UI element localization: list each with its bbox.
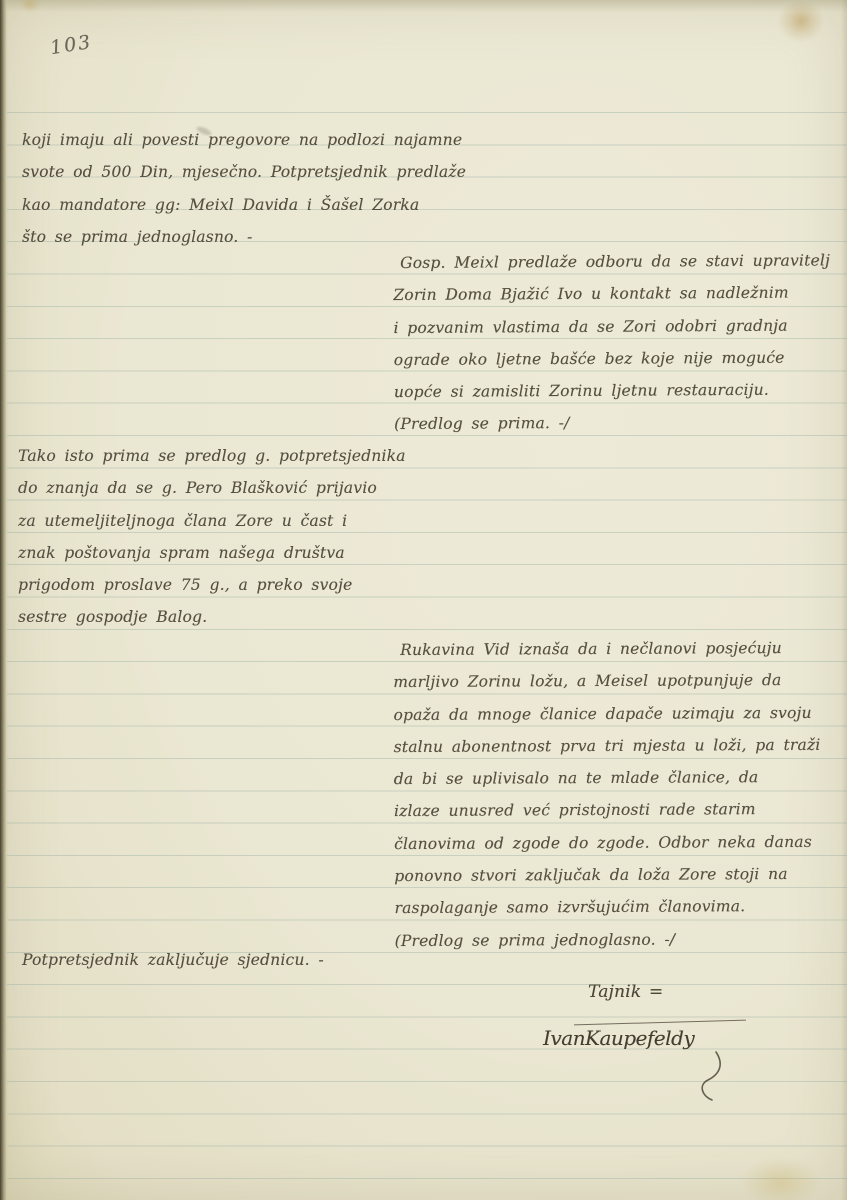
minutes-paragraph-4: Rukavina Vid iznaša da i nečlanovi posje… (393, 632, 822, 957)
handwritten-line: Tako isto prima se predlog g. potpretsje… (18, 440, 406, 472)
handwritten-line: ograde oko ljetne bašće bez koje nije mo… (394, 341, 831, 376)
handwritten-line: Potpretsjednik zaključuje sjednicu. - (22, 944, 324, 976)
page-edge-left (0, 0, 9, 1200)
handwritten-line: izlaze unusred već pristojnosti rade sta… (394, 793, 821, 828)
handwritten-line: uopće si zamisliti Zorinu ljetnu restaur… (394, 374, 831, 409)
handwritten-line: da bi se uplivisalo na te mlade članice,… (394, 761, 821, 796)
handwritten-line: Gosp. Meixl predlaže odboru da se stavi … (400, 244, 830, 279)
handwritten-line: prigodom proslave 75 g., a preko svoje (18, 569, 406, 601)
handwritten-line: ponovno stvori zaključak da loža Zore st… (394, 858, 821, 893)
handwritten-line: i pozvanim vlastima da se Zori odobri gr… (393, 309, 830, 344)
stain-bottom-right (742, 1158, 820, 1200)
handwritten-line: stalnu abonentnost prva tri mjesta u lož… (394, 729, 821, 764)
manuscript-page: 103 koji imaju ali povesti pregovore na … (0, 0, 847, 1200)
handwritten-line: sestre gospodje Balog. (18, 601, 406, 633)
signature-underline (574, 1020, 746, 1026)
handwritten-line: znak poštovanja spram našega društva (18, 537, 406, 569)
minutes-paragraph-2: Gosp. Meixl predlaže odboru da se stavi … (393, 244, 831, 440)
handwritten-line: (Predlog se prima jednoglasno. -/ (395, 922, 822, 957)
handwritten-line: kao mandatore gg: Meixl Davida i Šašel Z… (22, 189, 466, 221)
handwritten-line: Zorin Doma Bjažić Ivo u kontakt sa nadle… (393, 277, 830, 312)
handwritten-line: marljivo Zorinu ložu, a Meisel upotpunju… (393, 664, 820, 699)
handwritten-line: koji imaju ali povesti pregovore na podl… (22, 124, 466, 156)
minutes-paragraph-3: Tako isto prima se predlog g. potpretsje… (18, 440, 406, 634)
handwritten-line: (Predlog se prima. -/ (394, 406, 831, 441)
signature-role-label: Tajnik = (588, 982, 663, 1002)
closing-line: Potpretsjednik zaključuje sjednicu. - (22, 944, 324, 976)
handwritten-line: za utemeljiteljnoga člana Zore u čast i (18, 505, 406, 537)
page-edge-right (841, 0, 847, 1200)
signature-flourish-icon (694, 1050, 730, 1102)
handwritten-line: članovima od zgode do zgode. Odbor neka … (394, 826, 821, 861)
handwritten-line: svote od 500 Din, mjesečno. Potpretsjedn… (22, 156, 466, 188)
handwritten-line: do znanja da se g. Pero Blašković prijav… (18, 472, 406, 504)
page-edge-top (0, 0, 847, 12)
handwritten-line: raspolaganje samo izvršujućim članovima. (394, 890, 821, 925)
signature-name: IvanKaupefeldy (543, 1026, 694, 1050)
page-number: 103 (49, 31, 94, 59)
handwritten-line: Rukavina Vid iznaša da i nečlanovi posje… (400, 632, 820, 666)
handwritten-line: opaža da mnoge članice dapače uzimaju za… (393, 696, 820, 731)
minutes-paragraph-1: koji imaju ali povesti pregovore na podl… (22, 124, 466, 253)
